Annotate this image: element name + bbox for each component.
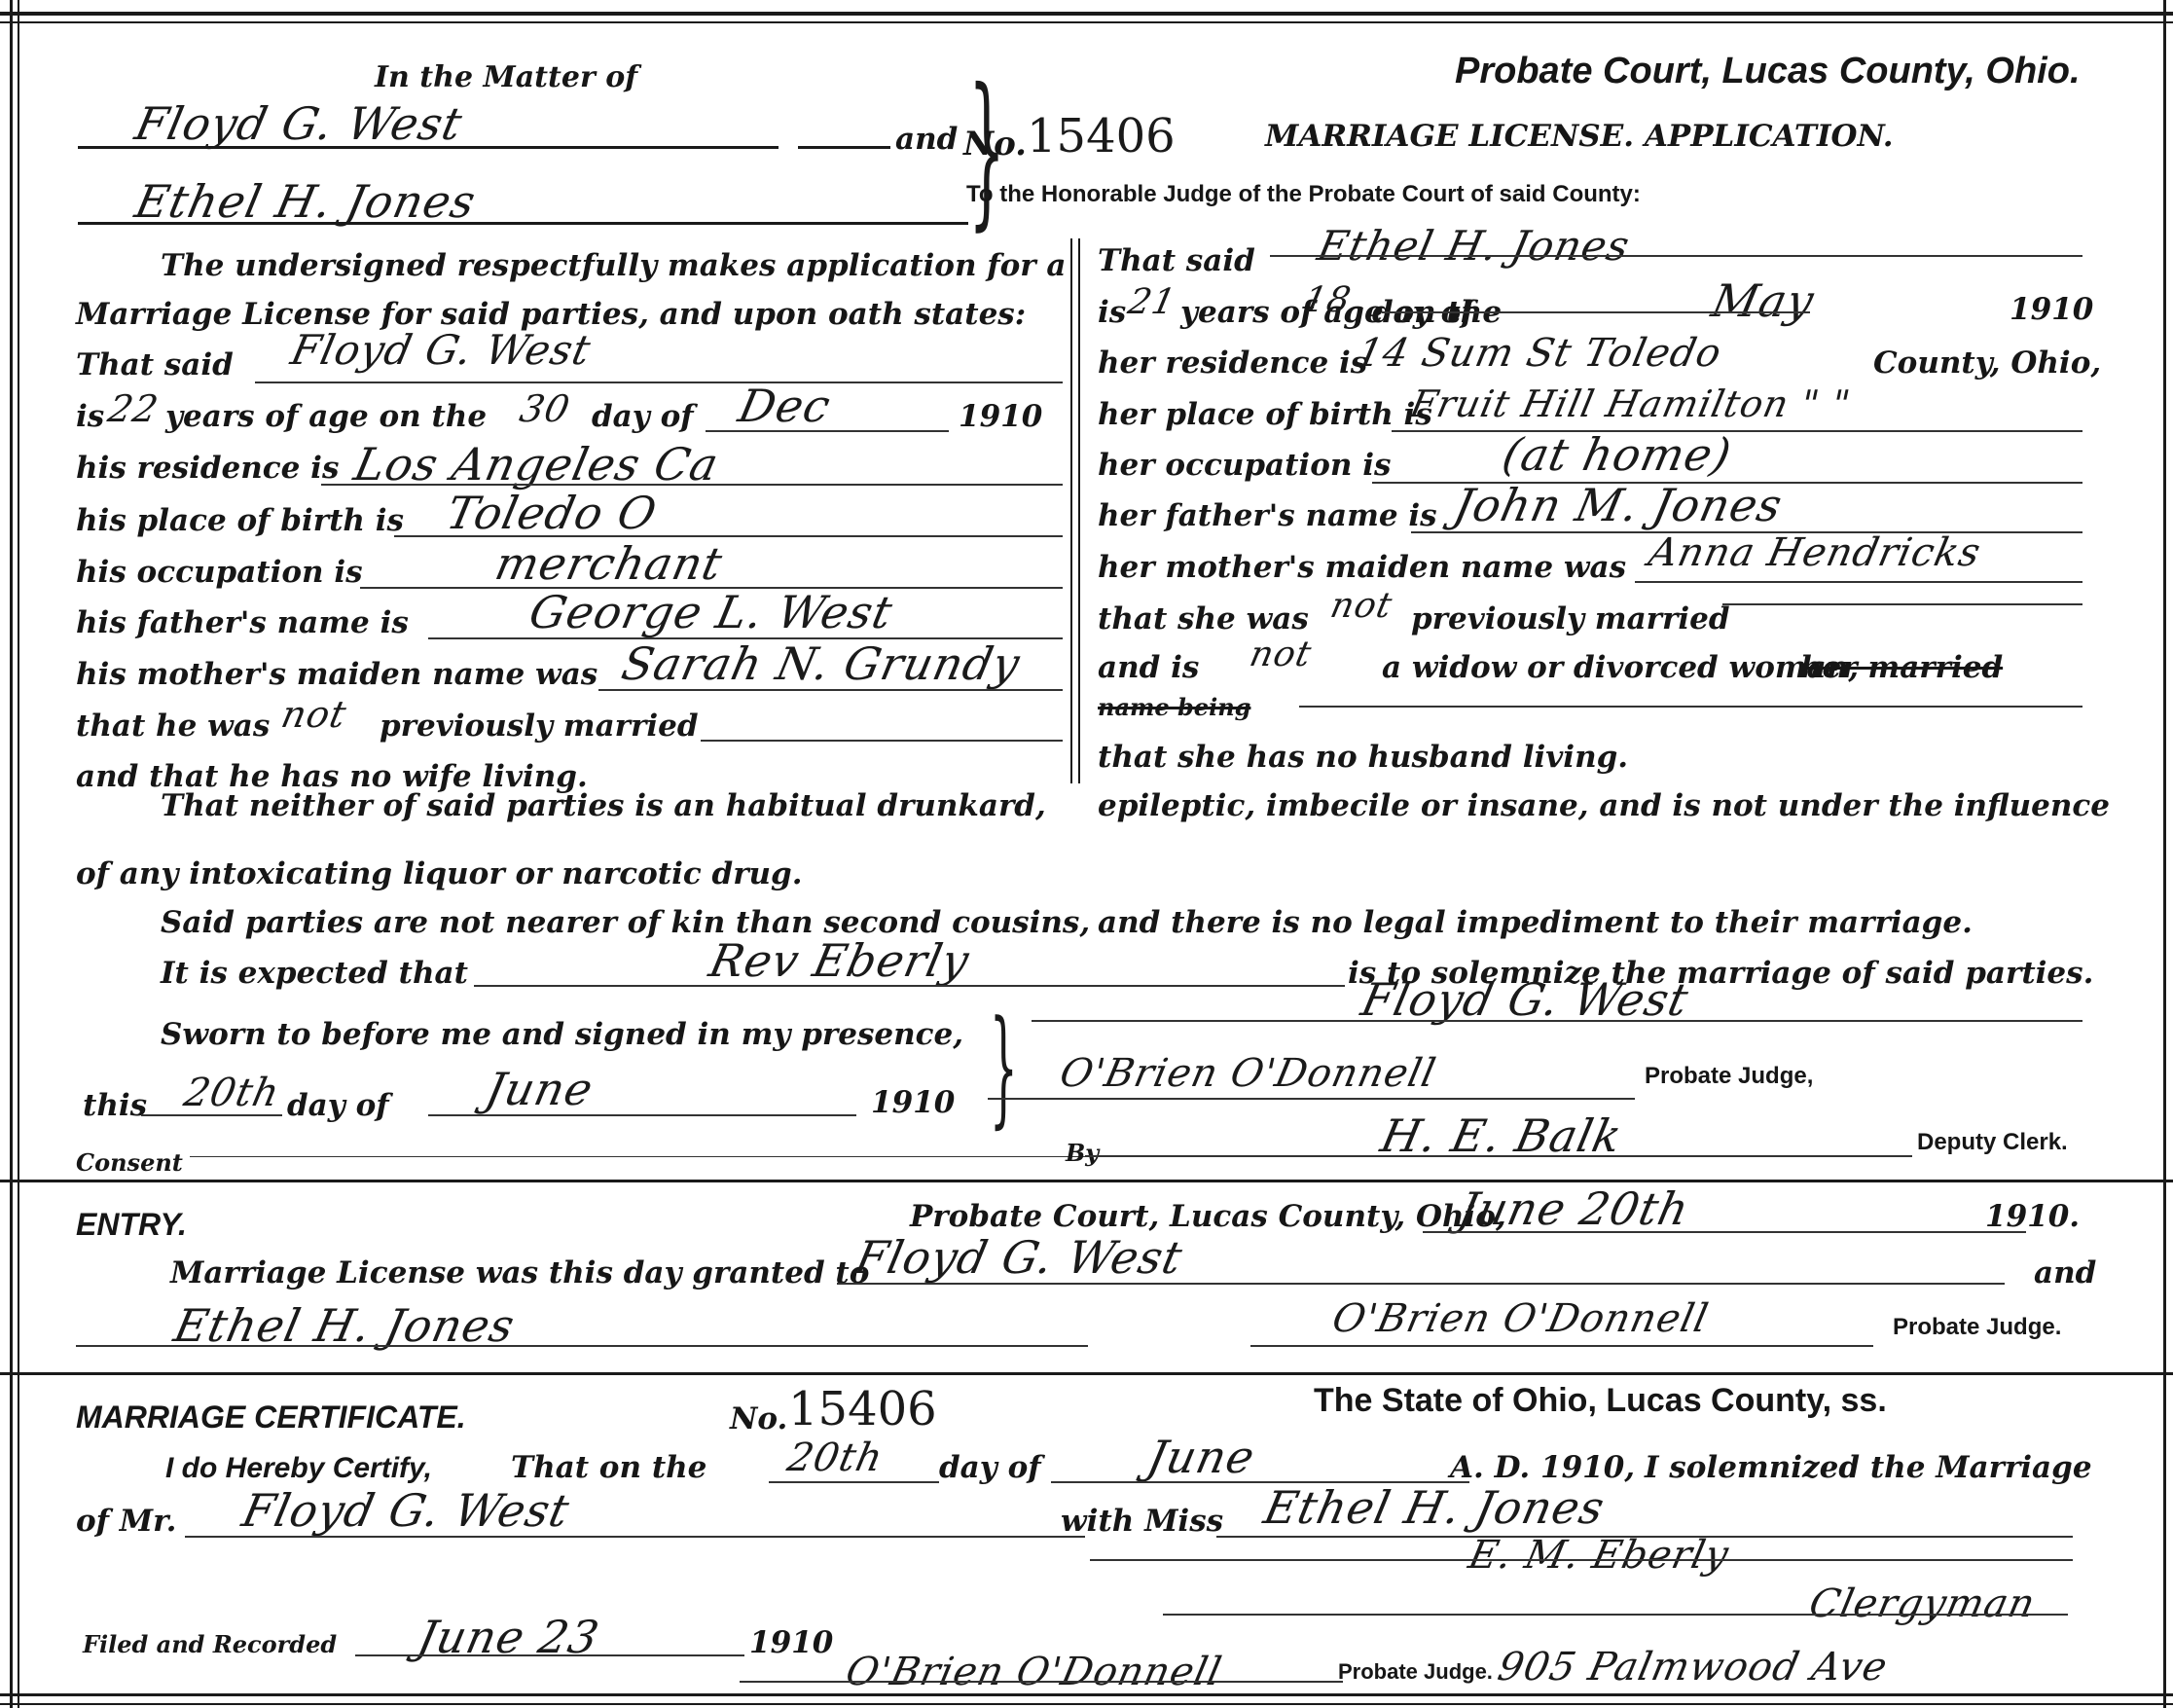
oath-line1b: epileptic, imbecile or insane, and is no… — [1098, 788, 2110, 823]
bride-mother-label: her mother's maiden name was — [1098, 550, 1626, 585]
bride-age: 21 — [1125, 282, 1180, 322]
groom-mother-label: his mother's maiden name was — [76, 657, 598, 692]
groom-prev-line — [701, 740, 1063, 742]
groom-birthplace: Toledo O — [442, 487, 662, 539]
column-divider-2 — [1078, 238, 1080, 783]
bride-birthplace: Fruit Hill Hamilton " " — [1406, 382, 1854, 425]
deputy-sig-line — [1085, 1155, 1912, 1157]
entry-and-label: and — [2034, 1255, 2096, 1290]
deputy-clerk-label: Deputy Clerk. — [1917, 1129, 2068, 1156]
certificate-groom: Floyd G. West — [237, 1484, 574, 1537]
bride-struck-text-1: her married — [1800, 650, 2003, 685]
certificate-bride: Ethel H. Jones — [1259, 1481, 1610, 1534]
bride-widow-suffix: a widow or divorced woman, — [1382, 650, 1859, 685]
bottom-border-2 — [0, 1703, 2173, 1705]
oath-line2: of any intoxicating liquor or narcotic d… — [76, 856, 803, 891]
bride-name-line — [1270, 255, 2082, 257]
entry-judge-signature: O'Brien O'Donnell — [1328, 1296, 1713, 1341]
sworn-day-line — [141, 1114, 282, 1116]
bride-is-label: is — [1098, 295, 1126, 330]
state-line: The State of Ohio, Lucas County, ss. — [1314, 1382, 1887, 1420]
certify-bold: I do Hereby Certify, — [165, 1452, 432, 1485]
applicant-signature: Floyd G. West — [1357, 973, 1693, 1026]
deputy-signature: H. E. Balk — [1376, 1109, 1626, 1162]
bride-prev-married-value: not — [1327, 586, 1396, 626]
consent-line — [190, 1156, 1105, 1157]
certificate-day-of-label: day of — [939, 1450, 1041, 1485]
party1-line-2 — [798, 146, 890, 149]
bride-widow-value: not — [1247, 635, 1316, 674]
sworn-day-of-label: day of — [287, 1088, 389, 1123]
groom-name: Floyd G. West — [287, 326, 596, 374]
bride-day: 18 — [1300, 280, 1356, 320]
entry-date-line — [1423, 1231, 2026, 1233]
top-border-2 — [0, 21, 2173, 23]
form-title: MARRIAGE LICENSE. APPLICATION. — [1265, 119, 1894, 154]
address: 905 Palmwood Ave — [1494, 1645, 1892, 1690]
certificate-number: 15406 — [788, 1382, 937, 1436]
probate-judge-label-1: Probate Judge, — [1645, 1063, 1813, 1090]
bride-no-husband: that she has no husband living. — [1098, 740, 1628, 775]
bride-prev-married-suffix: previously married — [1411, 601, 1730, 636]
of-mr-label: of Mr. — [76, 1504, 176, 1539]
bride-prev-line — [1722, 603, 2082, 605]
party1-line — [78, 146, 779, 149]
officiant-line — [474, 985, 1345, 987]
left-border — [10, 0, 13, 1708]
certify-text: That on the — [511, 1450, 706, 1485]
entry-divider — [0, 1180, 2173, 1182]
groom-birthplace-label: his place of birth is — [76, 503, 404, 538]
entry-party2-line — [76, 1345, 1088, 1347]
bride-name-being-line — [1299, 706, 2082, 708]
bride-birthplace-line — [1392, 430, 2082, 432]
solemnized-text: I solemnized the Marriage — [1645, 1450, 2092, 1485]
entry-title: ENTRY. — [76, 1207, 187, 1243]
certificate-day-line — [769, 1481, 939, 1483]
groom-prev-married-prefix: that he was — [76, 709, 270, 744]
right-border — [2163, 0, 2166, 1708]
judge-signature-1: O'Brien O'Donnell — [1056, 1051, 1440, 1096]
bride-struck-text-2: name being — [1098, 693, 1250, 721]
bride-residence: 14 Sum St Toledo — [1353, 331, 1725, 376]
sworn-brace: } — [990, 993, 1018, 1141]
groom-father-label: his father's name is — [76, 605, 409, 640]
groom-mother-line — [598, 689, 1063, 691]
bride-occupation: (at home) — [1498, 428, 1736, 481]
bottom-border — [0, 1693, 2173, 1696]
sworn-year: 1910 — [871, 1085, 955, 1120]
groom-age: 22 — [104, 387, 163, 430]
entry-party2: Ethel H. Jones — [169, 1299, 520, 1352]
column-divider — [1070, 238, 1072, 783]
groom-occupation: merchant — [490, 537, 727, 590]
bride-widow-prefix: and is — [1098, 650, 1199, 685]
court-title: Probate Court, Lucas County, Ohio. — [1455, 51, 2081, 92]
groom-residence: Los Angeles Ca — [349, 438, 723, 491]
entry-granted-label: Marriage License was this day granted to — [170, 1255, 869, 1290]
officiant-name: Rev Eberly — [705, 934, 974, 987]
consent-label: Consent — [76, 1148, 183, 1177]
no-label: No. — [963, 125, 1027, 164]
filed-label: Filed and Recorded — [83, 1630, 337, 1658]
groom-intro: The undersigned respectfully makes appli… — [161, 248, 1067, 283]
groom-residence-line — [321, 484, 1063, 486]
bride-mother-line — [1635, 581, 2082, 583]
groom-occupation-label: his occupation is — [76, 555, 363, 590]
certificate-no-label: No. — [730, 1401, 787, 1436]
oath-line1a: That neither of said parties is an habit… — [161, 788, 1046, 823]
oath-line3b: and there is no legal impediment to thei… — [1098, 905, 1973, 940]
certificate-judge-signature: O'Brien O'Donnell — [842, 1650, 1226, 1694]
bride-prev-married-prefix: that she was — [1098, 601, 1309, 636]
clergyman-line — [1090, 1559, 2073, 1561]
groom-prev-married-value: not — [277, 693, 350, 736]
bride-father: John M. Jones — [1449, 479, 1787, 531]
certificate-groom-line — [185, 1536, 1085, 1538]
certificate-day: 20th — [783, 1435, 887, 1480]
judge-sig-line-1 — [988, 1098, 1635, 1100]
groom-day: 30 — [516, 387, 574, 430]
applicant-sig-line — [1032, 1020, 2082, 1022]
case-number: 15406 — [1027, 109, 1176, 164]
bride-birthplace-label: her place of birth is — [1098, 397, 1432, 432]
party2-line — [78, 222, 968, 225]
entry-court-line: Probate Court, Lucas County, Ohio, — [910, 1199, 1506, 1234]
party1-name: Floyd G. West — [130, 97, 467, 150]
certificate-judge-line — [740, 1681, 1343, 1683]
this-label: this — [83, 1088, 147, 1123]
groom-mother: Sarah N. Grundy — [617, 637, 1025, 690]
bride-name: Ethel H. Jones — [1314, 222, 1635, 270]
certificate-ad: A. D. 1910, — [1450, 1450, 1635, 1485]
bride-month: May — [1707, 274, 1819, 327]
address-line: To the Honorable Judge of the Probate Co… — [966, 181, 1641, 208]
entry-probate-judge-label: Probate Judge. — [1893, 1314, 2061, 1341]
bride-residence-suffix: County, Ohio, — [1873, 345, 2101, 381]
groom-day-of-label: day of — [592, 399, 694, 434]
sworn-month-line — [428, 1114, 856, 1116]
party2-name: Ethel H. Jones — [130, 175, 481, 228]
sworn-text: Sworn to before me and signed in my pres… — [161, 1017, 963, 1052]
bride-year: 1910 — [2010, 292, 2093, 327]
entry-party1: Floyd G. West — [851, 1231, 1187, 1284]
clergyman-title-line — [1163, 1614, 2068, 1616]
groom-year: 1910 — [959, 399, 1042, 434]
certificate-month: June — [1142, 1431, 1259, 1483]
certificate-divider — [0, 1372, 2173, 1375]
groom-month-line — [706, 430, 949, 432]
bride-that-said-label: That said — [1098, 243, 1255, 278]
groom-that-said-label: That said — [76, 347, 234, 382]
groom-years-label: years of age on the — [165, 399, 487, 434]
entry-judge-line — [1250, 1345, 1873, 1347]
entry-party1-line — [837, 1283, 2005, 1285]
by-label: By — [1066, 1139, 1099, 1167]
sworn-month: June — [481, 1063, 598, 1115]
clergyman-title: Clergyman — [1805, 1581, 2040, 1626]
groom-father: George L. West — [525, 586, 897, 638]
groom-prev-married-suffix: previously married — [380, 709, 699, 744]
filed-date-line — [355, 1654, 744, 1656]
groom-name-line — [255, 382, 1063, 383]
sworn-day: 20th — [180, 1071, 284, 1115]
bride-occupation-label: her occupation is — [1098, 448, 1391, 483]
in-the-matter-label: In the Matter of — [375, 60, 637, 94]
top-border — [0, 12, 2173, 16]
clergyman-signature: E. M. Eberly — [1465, 1533, 1733, 1578]
bride-residence-label: her residence is — [1098, 345, 1367, 381]
entry-date: June 20th — [1454, 1182, 1694, 1235]
with-miss-label: with Miss — [1061, 1504, 1223, 1539]
certificate-probate-judge-label: Probate Judge. — [1338, 1659, 1493, 1685]
groom-birthplace-line — [394, 535, 1063, 537]
filed-year: 1910 — [749, 1625, 833, 1660]
bride-month-line — [1382, 311, 1810, 313]
bride-father-label: her father's name is — [1098, 498, 1437, 533]
bride-mother: Anna Hendricks — [1645, 530, 1985, 575]
and-label: and — [895, 122, 958, 157]
groom-residence-label: his residence is — [76, 451, 339, 486]
entry-year: 1910. — [1985, 1199, 2080, 1234]
certificate-title: MARRIAGE CERTIFICATE. — [76, 1399, 466, 1435]
expected-label: It is expected that — [161, 956, 468, 991]
groom-is-label: is — [76, 399, 104, 434]
left-border-2 — [18, 0, 19, 1708]
groom-month: Dec — [734, 380, 835, 432]
